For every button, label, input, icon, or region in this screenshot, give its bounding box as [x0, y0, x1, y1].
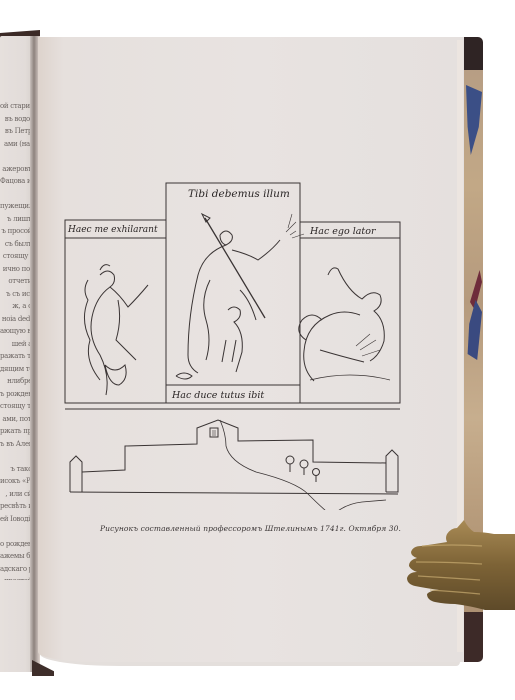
left-page-text-line: ъ съ ис-: [0, 288, 32, 301]
left-page-text-line: ноіа dedi: [0, 313, 32, 326]
left-page-text-line: ж, а о: [0, 300, 32, 313]
left-page-text-line: ами (на-: [0, 138, 32, 151]
left-page-text-line: [0, 188, 32, 201]
left-page-text-line: стоящу то: [0, 400, 32, 413]
left-page-text-line: ей Іоводія: [0, 513, 32, 526]
left-page-text-line: въ Петр: [0, 125, 32, 138]
left-page-text-line: съ былъ: [0, 238, 32, 251]
left-page-text-line: ъ лишъ: [0, 213, 32, 226]
left-page-text-line: ъ тако: [0, 463, 32, 476]
motto-left-panel: Haec me exhilarant: [68, 225, 158, 235]
right-board-bottom: [461, 612, 483, 662]
left-page-text-line: , или сй: [0, 488, 32, 501]
left-page-text-line: [0, 150, 32, 163]
motto-right-panel: Hac ego lator: [310, 226, 376, 237]
left-page-text-line: ажемы быль: [0, 550, 32, 563]
emblem-illustration: Haec me exhilarant Tibi debemus illum Ha…: [60, 180, 410, 510]
left-page-text-line: ами, поъ: [0, 413, 32, 426]
left-page-text: ой старинвъ водо-въ Петрами (на- ажеровъ…: [0, 100, 32, 580]
left-page-text-line: ржать про: [0, 425, 32, 438]
left-page-text-line: Фацова и-: [0, 175, 32, 188]
left-page-text-line: ично по-: [0, 263, 32, 276]
left-page-text-line: ающую в-: [0, 325, 32, 338]
left-page-text-line: нлибре: [0, 375, 32, 388]
left-page-text-line: пужещиль: [0, 200, 32, 213]
left-page-text-line: ажеровъ: [0, 163, 32, 176]
left-page-text-line: адскаго ро: [0, 563, 32, 576]
left-page-text-line: [0, 450, 32, 463]
left-page-text-line: дящим то: [0, 363, 32, 376]
left-page-text-line: о рожден: [0, 538, 32, 551]
gutter-shadow: [32, 660, 54, 676]
left-page-text-line: отчети: [0, 275, 32, 288]
illustration-caption: Рисунокъ составленный профессоромъ Штели…: [100, 524, 401, 533]
book-photo: ой старинвъ водо-въ Петрами (на- ажеровъ…: [0, 0, 515, 700]
left-page-text-line: простой: [0, 575, 32, 580]
motto-center-base: Hac duce tutus ibit: [172, 390, 264, 401]
left-page-text-line: ъ просой: [0, 225, 32, 238]
left-page-text-line: ресвѣть и: [0, 500, 32, 513]
left-page-text-line: ражать ту: [0, 350, 32, 363]
left-page-text-line: [0, 525, 32, 538]
left-page-text-line: въ водо-: [0, 113, 32, 126]
left-page-text-line: исокъ «Ро: [0, 475, 32, 488]
left-page-text-line: ъ рождени: [0, 388, 32, 401]
left-page-text-line: ъ въ Алек: [0, 438, 32, 451]
brass-hand-bookholder: [402, 520, 515, 610]
left-page-text-line: ой старин: [0, 100, 32, 113]
left-page-text-line: стоящу і: [0, 250, 32, 263]
motto-center-panel: Tibi debemus illum: [188, 188, 290, 200]
left-page-text-line: шей а: [0, 338, 32, 351]
